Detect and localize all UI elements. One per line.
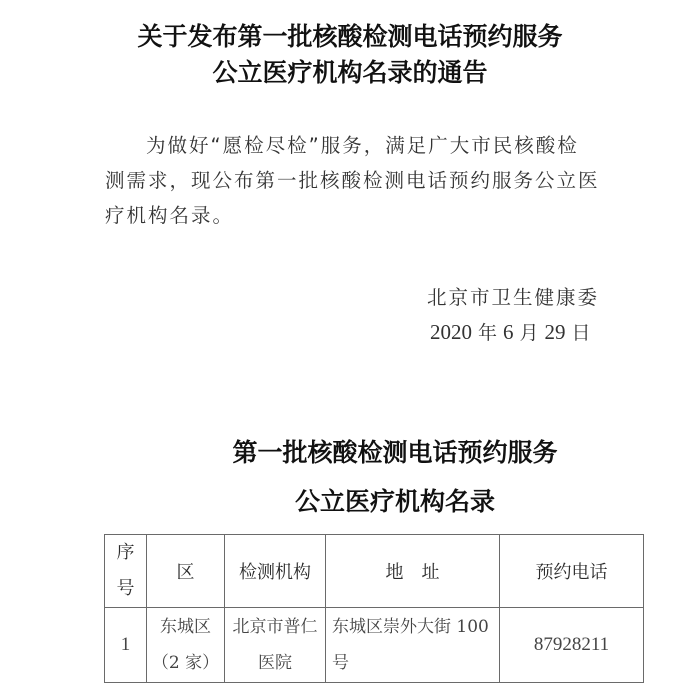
header-district: 区 bbox=[147, 535, 225, 608]
row-index: 1 bbox=[105, 608, 147, 683]
row-address-line2: 号 bbox=[332, 645, 499, 681]
notice-title-line2: 公立医疗机构名录的通告 bbox=[0, 53, 700, 89]
issue-date: 2020年6月29日 bbox=[430, 318, 597, 345]
row-institution-line2: 医院 bbox=[225, 645, 325, 681]
date-day-char: 日 bbox=[572, 322, 591, 344]
date-month: 6 bbox=[503, 320, 514, 344]
body-paragraph-line3: 疗机构名录。 bbox=[105, 198, 645, 233]
header-index-line2: 号 bbox=[105, 571, 146, 607]
body-paragraph-line1: 为做好“愿检尽检”服务，满足广大市民核酸检 bbox=[146, 128, 646, 163]
row-institution-line1: 北京市普仁 bbox=[225, 609, 325, 645]
row-district-line1: 东城区 bbox=[147, 609, 224, 645]
row-address-line1: 东城区崇外大街 100 bbox=[332, 609, 499, 645]
row-phone: 87928211 bbox=[500, 608, 644, 683]
issuer-name: 北京市卫生健康委 bbox=[427, 282, 599, 310]
date-month-char: 月 bbox=[520, 322, 539, 344]
row-institution: 北京市普仁 医院 bbox=[225, 608, 326, 683]
header-phone: 预约电话 bbox=[500, 535, 644, 608]
institution-table: 序 号 区 检测机构 地 址 预约电话 1 东城区 （2 家） 北京市普仁 医院… bbox=[104, 534, 644, 683]
row-address: 东城区崇外大街 100 号 bbox=[326, 608, 500, 683]
header-address: 地 址 bbox=[326, 535, 500, 608]
list-title-line1: 第一批核酸检测电话预约服务 bbox=[0, 433, 700, 469]
date-year-char: 年 bbox=[478, 322, 497, 344]
body-paragraph-line2: 测需求，现公布第一批核酸检测电话预约服务公立医 bbox=[105, 163, 645, 198]
header-index: 序 号 bbox=[105, 535, 147, 608]
header-index-line1: 序 bbox=[105, 535, 146, 571]
table-header-row: 序 号 区 检测机构 地 址 预约电话 bbox=[105, 535, 644, 608]
row-district: 东城区 （2 家） bbox=[147, 608, 225, 683]
date-year: 2020 bbox=[430, 320, 472, 344]
row-district-line2: （2 家） bbox=[147, 645, 224, 681]
notice-title-line1: 关于发布第一批核酸检测电话预约服务 bbox=[0, 17, 700, 53]
table-row: 1 东城区 （2 家） 北京市普仁 医院 东城区崇外大街 100 号 87928… bbox=[105, 608, 644, 683]
header-institution: 检测机构 bbox=[225, 535, 326, 608]
date-day: 29 bbox=[545, 320, 566, 344]
list-title-line2: 公立医疗机构名录 bbox=[0, 482, 700, 518]
